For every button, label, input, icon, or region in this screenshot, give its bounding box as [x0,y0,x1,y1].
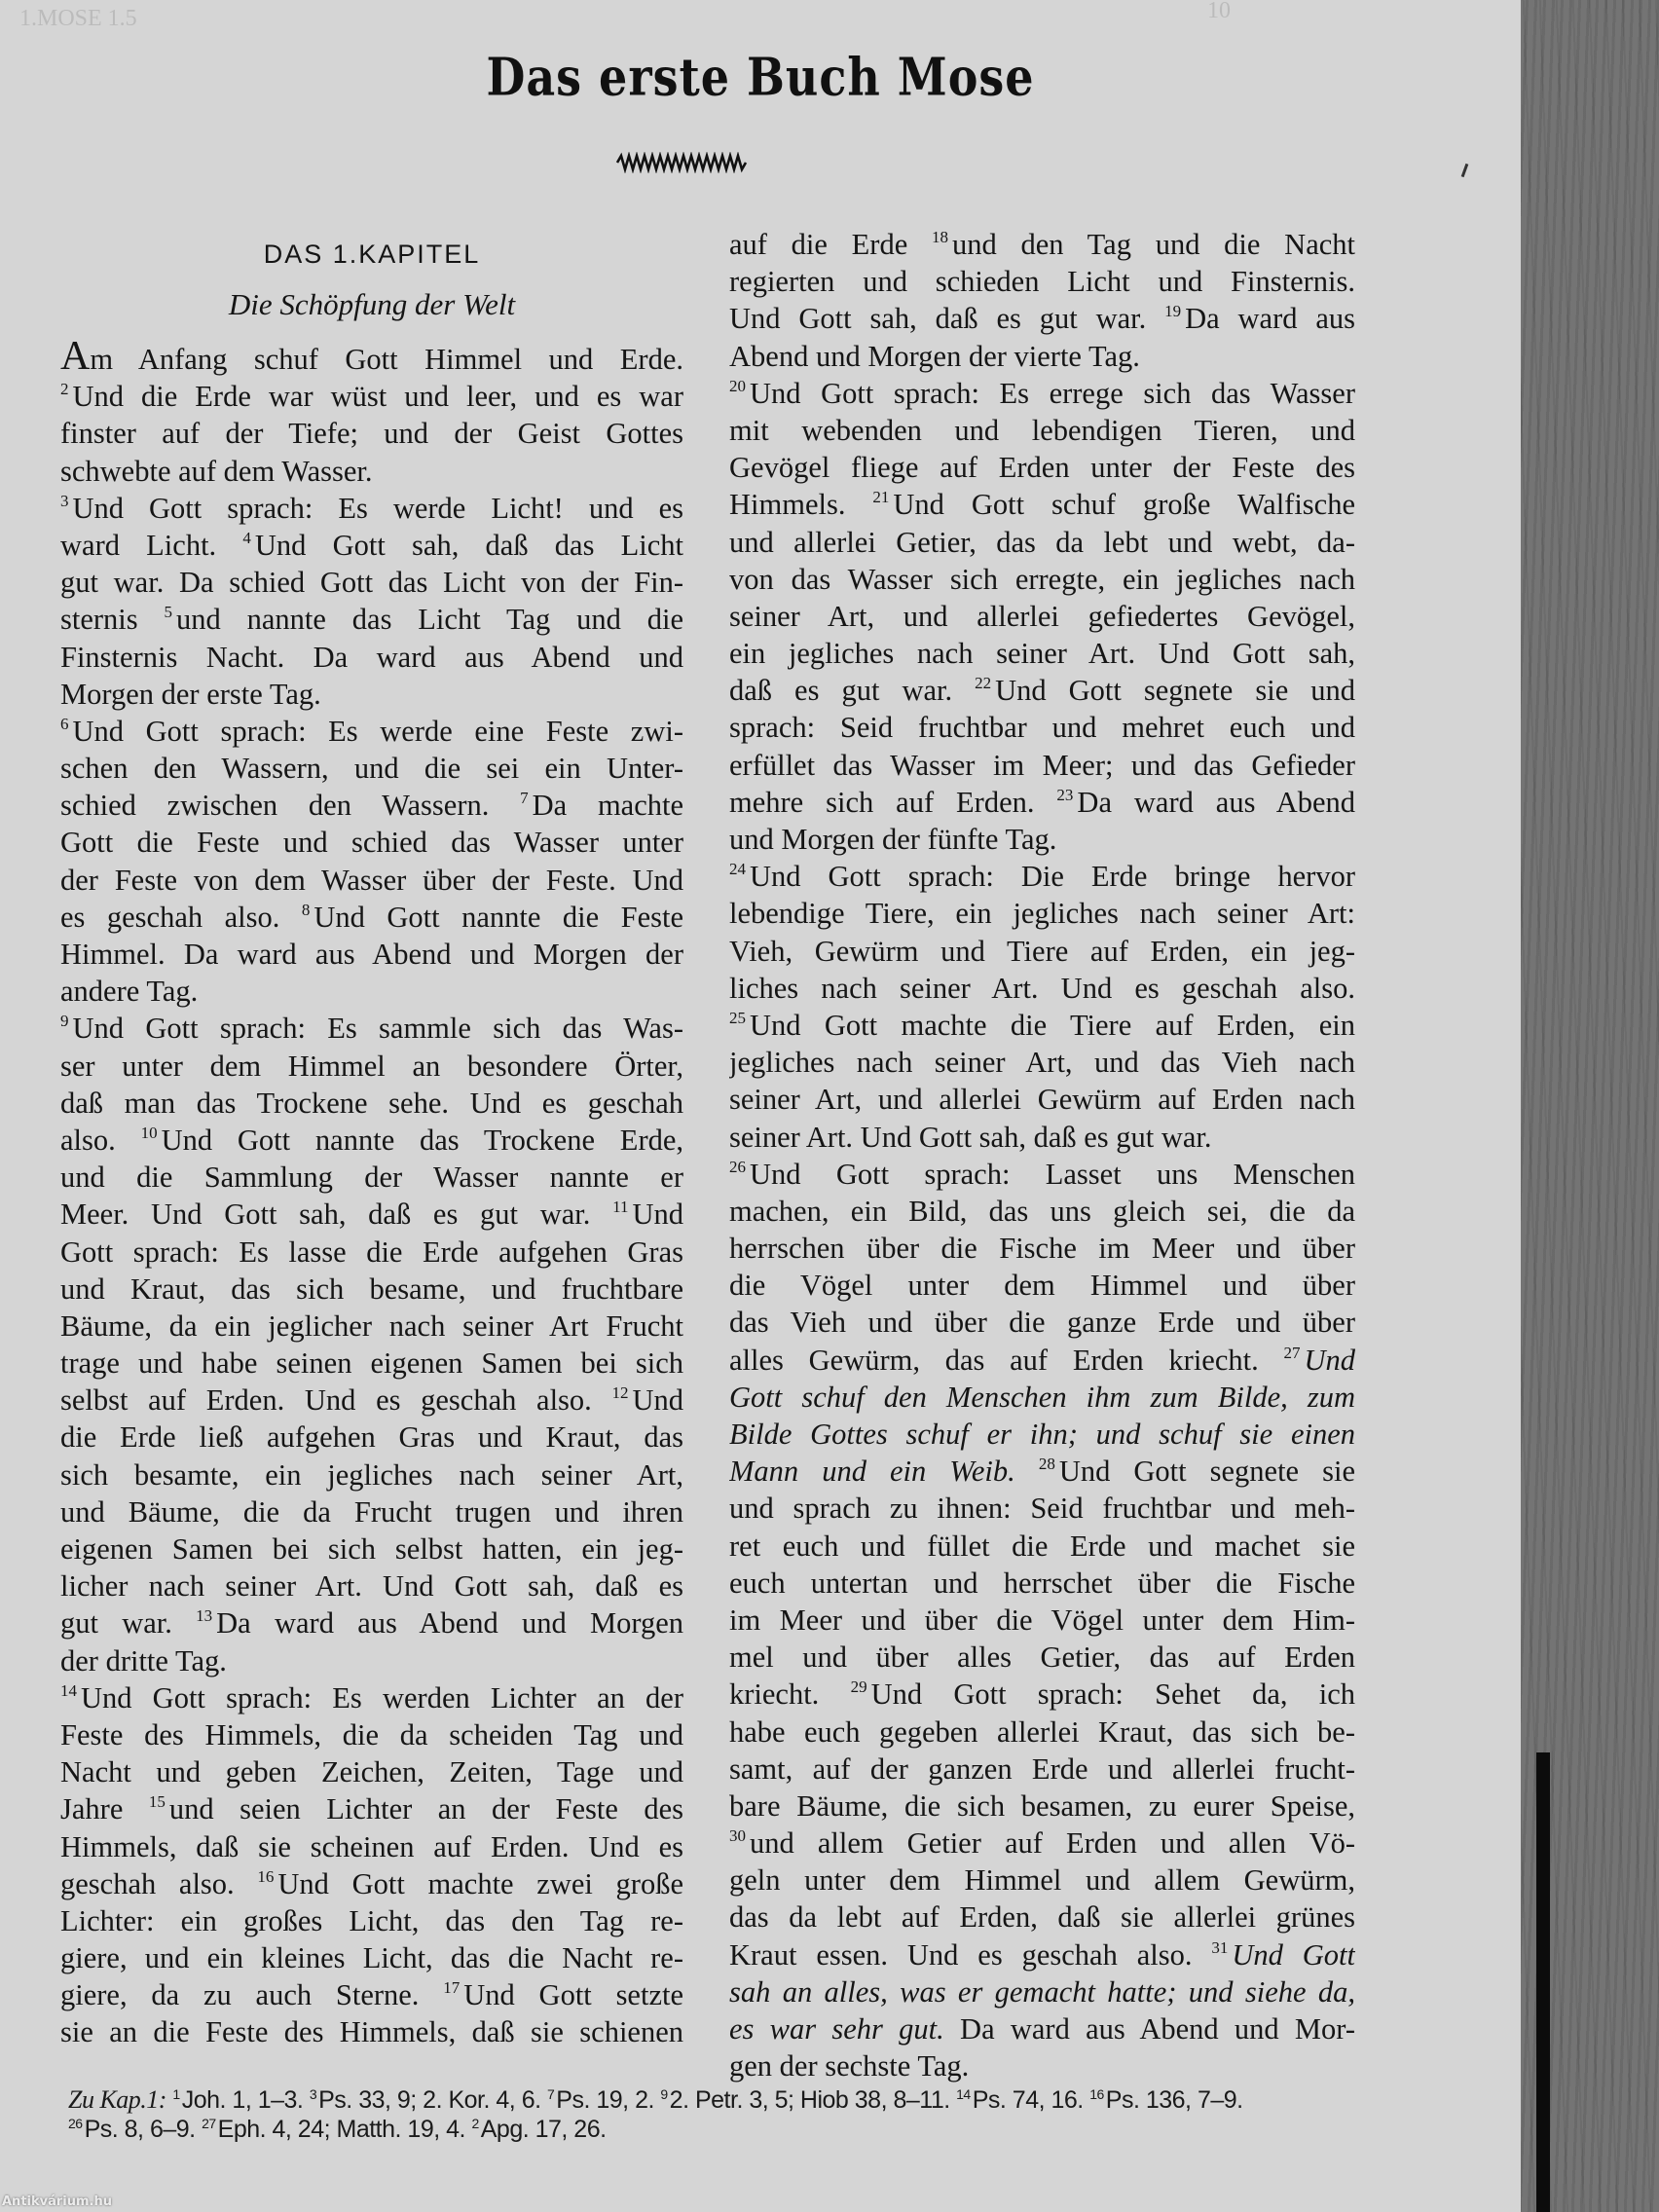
verse-text: Da ward aus Abend und Mor- [960,2012,1355,2046]
text-line: geschah also. 16Und Gott machte zwei gro… [60,1865,683,1902]
verse-text: Und Gott sprach: Sehet da, ich [871,1677,1355,1711]
verse-text: und die Sammlung der Wasser nannte er [60,1161,683,1194]
text-line: gut war. Da schied Gott das Licht von de… [60,564,683,601]
verse-number: 25 [729,1009,746,1027]
text-line: und Kraut, das sich besame, und fruchtba… [60,1271,683,1308]
text-line: sah an alles, was er gemacht hatte; und … [729,1973,1355,2010]
verse-text: sie an die Feste des Himmels, daß sie sc… [60,2015,683,2048]
verse-number: 6 [60,715,69,733]
text-line: mel und über alles Getier, das auf Erden [729,1639,1355,1676]
text-line: Morgen der erste Tag. [60,676,683,713]
text-line: Himmels, daß sie scheinen auf Erden. Und… [60,1828,683,1865]
verse-text: ein jegliches nach seiner Art. Und Gott … [729,637,1355,670]
verse-text: geln unter dem Himmel und allem Gewürm, [729,1863,1355,1897]
text-line: habe euch gegeben allerlei Kraut, das si… [729,1714,1355,1751]
verse-number: 14 [60,1681,77,1700]
verse-text: Da ward aus Abend [1077,786,1355,819]
text-line: selbst auf Erden. Und es geschah also. 1… [60,1382,683,1419]
text-line: ein jegliches nach seiner Art. Und Gott … [729,635,1355,672]
verse-text: Mann und ein Weib. [729,1455,1015,1488]
page-edge-shadow [1536,1752,1550,2212]
verse-number: 27 [1283,1344,1300,1362]
verse-text: daß man das Trockene sehe. Und es gescha… [60,1087,683,1120]
text-line: die Erde ließ aufgehen Gras und Kraut, d… [60,1419,683,1456]
text-line: schwebte auf dem Wasser. [60,453,683,490]
text-line: Feste des Himmels, die da scheiden Tag u… [60,1716,683,1753]
verse-text: und allerlei Getier, das da lebt und web… [729,526,1355,559]
book-title: Das erste Buch Mose [0,47,1521,107]
text-line: Himmels. 21Und Gott schuf große Walfisch… [729,486,1355,523]
verse-number: 5 [165,603,173,621]
verse-text: licher nach seiner Art. Und Gott sah, da… [60,1569,683,1603]
verse-number: 11 [612,1198,628,1216]
text-line: Meer. Und Gott sah, daß es gut war. 11Un… [60,1196,683,1233]
text-line: Und Gott sah, daß es gut war. 19Da ward … [729,300,1355,337]
text-line: und Bäume, die da Frucht trugen und ihre… [60,1493,683,1530]
verse-text: trage und habe seinen eigenen Samen bei … [60,1346,683,1380]
verse-text: seiner Art, und allerlei gefiedertes Gev… [729,600,1355,633]
text-line: das Vieh und über die ganze Erde und übe… [729,1304,1355,1341]
verse-number: 9 [60,1012,69,1030]
verse-text: Himmel. Da ward aus Abend und Morgen der [60,938,683,971]
text-line: lebendige Tiere, ein jegliches nach sein… [729,895,1355,932]
verse-text: Und Gott sah, daß das Licht [255,529,683,562]
verse-text: die Erde ließ aufgehen Gras und Kraut, d… [60,1420,683,1454]
text-line: Lichter: ein großes Licht, das den Tag r… [60,1902,683,1939]
footnote-verse-number: 9 [660,2086,667,2102]
verse-text: Und Gott [1232,1938,1355,1972]
verse-text: und Kraut, das sich besame, und fruchtba… [60,1272,683,1306]
verse-text: von das Wasser sich erregte, ein jeglich… [729,563,1355,596]
text-line: ser unter dem Himmel an besondere Örter, [60,1048,683,1085]
verse-text: gut war. [60,1606,172,1640]
verse-text: Morgen der erste Tag. [60,678,321,711]
text-line: ret euch und füllet die Erde und machet … [729,1528,1355,1565]
paper-speck [1461,164,1469,177]
verse-text: Kraut essen. Und es geschah also. [729,1938,1192,1972]
ornament-squiggle-icon [615,152,748,173]
verse-text: und nannte das Licht Tag und die [176,603,683,636]
text-line: Finsternis Nacht. Da ward aus Abend und [60,639,683,676]
verse-text: Abend und Morgen der vierte Tag. [729,340,1140,373]
footnote-verse-number: 26 [68,2116,83,2131]
verse-text: Und Gott schuf große Walfische [893,488,1355,521]
chapter-heading: DAS 1.KAPITEL [60,236,683,273]
verse-text: jegliches nach seiner Art, und das Vieh … [729,1046,1355,1079]
verse-text: der dritte Tag. [60,1644,227,1677]
text-line: schen den Wassern, und die sei ein Unter… [60,750,683,787]
bleed-running-head-left: 1.MOSE 1.5 [19,6,137,32]
watermark: Antikvárium.hu [2,2194,112,2209]
text-line: Gevögel fliege auf Erden unter der Feste… [729,449,1355,486]
verse-text: Und Gott sprach: Die Erde bringe hervor [750,860,1355,893]
footnote-verse-number: 16 [1089,2086,1104,2102]
verse-text: Bäume, da ein jeglicher nach seiner Art … [60,1309,683,1343]
text-line: seiner Art, und allerlei Gewürm auf Erde… [729,1081,1355,1118]
text-line: Vieh, Gewürm und Tiere auf Erden, ein je… [729,933,1355,970]
text-line: Abend und Morgen der vierte Tag. [729,338,1355,375]
verse-text: Meer. Und Gott sah, daß es gut war. [60,1198,590,1231]
footnote-reference: Ps. 8, 6–9. [85,2116,196,2143]
verse-text: das da lebt auf Erden, daß sie allerlei … [729,1900,1355,1934]
footnote-reference: Ps. 33, 9; 2. Kor. 4, 6. [318,2086,540,2114]
verse-number: 23 [1056,786,1073,804]
text-line: auf die Erde 18und den Tag und die Nacht [729,226,1355,263]
verse-text: seiner Art, und allerlei Gewürm auf Erde… [729,1083,1355,1116]
verse-text: liches nach seiner Art. Und es geschah a… [729,972,1355,1005]
verse-text: also. [60,1124,116,1157]
verse-text: Da machte [533,789,683,822]
text-line: der dritte Tag. [60,1642,683,1679]
verse-number: 31 [1211,1938,1228,1957]
verse-text: ret euch und füllet die Erde und machet … [729,1530,1355,1563]
verse-number: 28 [1039,1455,1055,1473]
verse-text: Und Gott setzte [463,1978,683,2011]
text-line: schied zwischen den Wassern. 7Da machte [60,787,683,824]
text-line: licher nach seiner Art. Und Gott sah, da… [60,1567,683,1604]
verse-text: Gott die Feste und schied das Wasser unt… [60,826,683,859]
verse-text: Bilde Gottes schuf er ihn; und schuf sie… [729,1418,1355,1451]
text-line: giere, da zu auch Sterne. 17Und Gott set… [60,1976,683,2013]
verse-number: 22 [975,674,991,692]
verse-text: Nacht und geben Zeichen, Zeiten, Tage un… [60,1755,683,1788]
chapter-subtitle: Die Schöpfung der Welt [60,286,683,339]
verse-number: 17 [443,1978,460,1997]
text-line: die Vögel unter dem Himmel und über [729,1267,1355,1304]
verse-number: 10 [141,1124,158,1142]
verse-text: und sprach zu ihnen: Seid fruchtbar und … [729,1492,1355,1525]
verse-text: und den Tag und die Nacht [952,228,1355,261]
verse-text: Gott sprach: Es lasse die Erde aufgehen … [60,1235,683,1269]
footnote-verse-number: 7 [547,2086,554,2102]
drop-cap: A [60,341,90,378]
text-line: mehre sich auf Erden. 23Da ward aus Aben… [729,784,1355,821]
verse-text: Und die Erde war wüst und leer, und es w… [73,380,684,413]
text-line: daß es gut war. 22Und Gott segnete sie u… [729,672,1355,709]
footnote-reference: Ps. 19, 2. [556,2086,654,2114]
text-line: bare Bäume, die sich besamen, zu eurer S… [729,1788,1355,1825]
verse-number: 15 [149,1792,166,1811]
verse-text: ser unter dem Himmel an besondere Örter, [60,1050,683,1083]
verse-text: Da ward aus Abend und Morgen [216,1606,683,1640]
verse-text: Und [1304,1344,1355,1377]
text-line: und Morgen der fünfte Tag. [729,821,1355,858]
verse-text: im Meer und über die Vögel unter dem Him… [729,1604,1355,1637]
verse-text: Und Gott segnete sie und [995,674,1355,707]
verse-text: mehre sich auf Erden. [729,786,1035,819]
text-line: 3Und Gott sprach: Es werde Licht! und es [60,490,683,527]
verse-text: mel und über alles Getier, das auf Erden [729,1641,1355,1674]
footnote-label: Zu Kap.1: [68,2085,166,2114]
verse-text: Finsternis Nacht. Da ward aus Abend und [60,641,683,674]
text-line: und allerlei Getier, das da lebt und web… [729,524,1355,561]
verse-text: herrschen über die Fische im Meer und üb… [729,1232,1355,1265]
text-line: sie an die Feste des Himmels, daß sie sc… [60,2013,683,2050]
text-line: Mann und ein Weib. 28Und Gott segnete si… [729,1453,1355,1490]
verse-text: Jahre [60,1792,123,1825]
footnote-verse-number: 27 [202,2116,216,2131]
verse-text: Himmels, daß sie scheinen auf Erden. Und… [60,1830,683,1863]
footnotes: Zu Kap.1: 1Joh. 1, 1–3. 3Ps. 33, 9; 2. K… [68,2085,1363,2144]
text-line: 24Und Gott sprach: Die Erde bringe hervo… [729,858,1355,895]
verse-text: Und Gott sprach: Es werden Lichter an de… [81,1681,683,1714]
verse-text: und Bäume, die da Frucht trugen und ihre… [60,1495,683,1529]
text-line: das da lebt auf Erden, daß sie allerlei … [729,1899,1355,1935]
verse-number: 21 [872,488,889,506]
verse-text: auf die Erde [729,228,907,261]
verse-text: Lichter: ein großes Licht, das den Tag r… [60,1904,683,1937]
text-line: von das Wasser sich erregte, ein jeglich… [729,561,1355,598]
verse-text: kriecht. [729,1677,819,1711]
text-line: daß man das Trockene sehe. Und es gescha… [60,1085,683,1122]
left-column: DAS 1.KAPITEL Die Schöpfung der Welt Am … [60,230,683,2051]
text-line: liches nach seiner Art. Und es geschah a… [729,970,1355,1007]
text-line: finster auf der Tiefe; und der Geist Got… [60,415,683,452]
text-line: alles Gewürm, das auf Erden kriecht. 27U… [729,1342,1355,1379]
verse-number: 3 [60,492,69,510]
footnote-reference: Ps. 74, 16. [973,2086,1084,2114]
text-line: und die Sammlung der Wasser nannte er [60,1159,683,1196]
text-line: im Meer und über die Vögel unter dem Him… [729,1602,1355,1639]
verse-text: Himmels. [729,488,845,521]
verse-text: alles Gewürm, das auf Erden kriecht. [729,1344,1259,1377]
verse-text: m Anfang schuf Gott Himmel und Erde. [90,343,683,376]
verse-number: 13 [196,1606,212,1625]
verse-text: und allem Getier auf Erden und allen Vö- [750,1826,1355,1860]
text-line: Jahre 15und seien Lichter an der Feste d… [60,1790,683,1827]
verse-text: seiner Art. Und Gott sah, daß es gut war… [729,1121,1212,1154]
verse-text: die Vögel unter dem Himmel und über [729,1269,1355,1302]
text-line: euch untertan und herrschet über die Fis… [729,1565,1355,1602]
verse-text: regierten und schieden Licht und Finster… [729,265,1355,298]
verse-text: sich besamte, ein jegliches nach seiner … [60,1458,683,1492]
text-line: 20Und Gott sprach: Es errege sich das Wa… [729,375,1355,412]
right-column: auf die Erde 18und den Tag und die Nacht… [729,226,1355,2084]
verse-text: Und Gott sprach: Es werde Licht! und es [73,492,684,525]
verse-text: schwebte auf dem Wasser. [60,455,373,488]
verse-text: Und Gott sprach: Es sammle sich das Was- [73,1012,684,1045]
verse-text: Und Gott nannte die Feste [313,901,683,934]
left-column-text: Am Anfang schuf Gott Himmel und Erde.2Un… [60,341,683,2051]
verse-text: habe euch gegeben allerlei Kraut, das si… [729,1715,1355,1749]
text-line: Am Anfang schuf Gott Himmel und Erde. [60,341,683,378]
verse-text: selbst auf Erden. Und es geschah also. [60,1383,592,1417]
footnote-line-1: Zu Kap.1: 1Joh. 1, 1–3. 3Ps. 33, 9; 2. K… [68,2085,1363,2115]
text-line: sternis 5und nannte das Licht Tag und di… [60,601,683,638]
verse-text: der Feste von dem Wasser über der Feste.… [60,864,683,897]
text-line: 2Und die Erde war wüst und leer, und es … [60,378,683,415]
verse-text: geschah also. [60,1867,235,1900]
verse-text: mit webenden und lebendigen Tieren, und [729,414,1355,447]
text-line: Gott sprach: Es lasse die Erde aufgehen … [60,1234,683,1271]
text-line: ward Licht. 4Und Gott sah, daß das Licht [60,527,683,564]
text-line: Bäume, da ein jeglicher nach seiner Art … [60,1308,683,1345]
text-line: 6Und Gott sprach: Es werde eine Feste zw… [60,713,683,750]
verse-number: 4 [242,529,251,547]
verse-number: 2 [60,380,69,398]
text-line: eigenen Samen bei sich selbst hatten, ei… [60,1530,683,1567]
verse-text: Und Gott machte zwei große [277,1867,683,1900]
verse-number: 26 [729,1158,746,1176]
text-line: sprach: Seid fruchtbar und mehret euch u… [729,709,1355,746]
text-line: 30und allem Getier auf Erden und allen V… [729,1825,1355,1862]
verse-text: machen, ein Bild, das uns gleich sei, di… [729,1195,1355,1228]
footnote-verse-number: 1 [172,2086,179,2102]
verse-text: schied zwischen den Wassern. [60,789,489,822]
verse-number: 29 [851,1677,867,1696]
book-page: 1.MOSE 1.5 10 Das erste Buch Mose DAS 1.… [0,0,1521,2212]
bleed-page-number: 10 [1207,0,1231,24]
verse-text: daß es gut war. [729,674,952,707]
verse-text: das Vieh und über die ganze Erde und übe… [729,1306,1355,1339]
text-line: 9Und Gott sprach: Es sammle sich das Was… [60,1010,683,1047]
verse-number: 8 [302,901,311,919]
verse-text: samt, auf der ganzen Erde und allerlei f… [729,1752,1355,1786]
text-line: gut war. 13Da ward aus Abend und Morgen [60,1604,683,1641]
verse-number: 19 [1164,302,1181,320]
verse-number: 12 [611,1383,628,1402]
text-line: seiner Art, und allerlei gefiedertes Gev… [729,598,1355,635]
verse-text: sprach: Seid fruchtbar und mehret euch u… [729,711,1355,744]
text-line: jegliches nach seiner Art, und das Vieh … [729,1044,1355,1081]
text-line: es war sehr gut. Da ward aus Abend und M… [729,2010,1355,2047]
text-line: Nacht und geben Zeichen, Zeiten, Tage un… [60,1753,683,1790]
verse-text: finster auf der Tiefe; und der Geist Got… [60,417,683,450]
verse-text: es geschah also. [60,901,279,934]
text-line: machen, ein Bild, das uns gleich sei, di… [729,1193,1355,1230]
verse-number: 7 [520,789,529,807]
verse-text: Und [632,1198,683,1231]
verse-text: Und Gott sprach: Es werde eine Feste zwi… [73,715,684,748]
verse-text: lebendige Tiere, ein jegliches nach sein… [729,897,1355,930]
text-line: Bilde Gottes schuf er ihn; und schuf sie… [729,1416,1355,1453]
text-line: trage und habe seinen eigenen Samen bei … [60,1345,683,1382]
verse-text: Und Gott nannte das Trockene Erde, [162,1124,683,1157]
verse-text: euch untertan und herrschet über die Fis… [729,1567,1355,1600]
verse-text: Und Gott sah, daß es gut war. [729,302,1146,335]
verse-text: giere, da zu auch Sterne. [60,1978,419,2011]
footnote-verse-number: 2 [471,2116,478,2131]
verse-number: 30 [729,1826,746,1845]
verse-number: 16 [257,1867,274,1886]
text-line: regierten und schieden Licht und Finster… [729,263,1355,300]
verse-text: es war sehr gut. [729,2012,944,2046]
verse-text: Und Gott machte die Tiere auf Erden, ein [750,1009,1355,1042]
text-line: samt, auf der ganzen Erde und allerlei f… [729,1751,1355,1788]
verse-text: giere, und ein kleines Licht, das die Na… [60,1941,683,1974]
verse-text: Vieh, Gewürm und Tiere auf Erden, ein je… [729,935,1355,968]
verse-text: Und [632,1383,683,1417]
verse-number: 24 [729,860,746,878]
verse-text: Gevögel fliege auf Erden unter der Feste… [729,451,1355,484]
verse-text: sah an alles, was er gemacht hatte; und … [729,1975,1355,2009]
footnote-reference: Ps. 136, 7–9. [1106,2086,1243,2114]
verse-text: Und Gott sprach: Lasset uns Menschen [750,1158,1355,1191]
verse-number: 18 [932,228,948,246]
verse-text: sternis [60,603,138,636]
text-line: 26Und Gott sprach: Lasset uns Menschen [729,1156,1355,1193]
text-line: Gott schuf den Menschen ihm zum Bilde, z… [729,1379,1355,1416]
verse-text: andere Tag. [60,975,198,1008]
text-line: Himmel. Da ward aus Abend und Morgen der [60,936,683,973]
text-line: und sprach zu ihnen: Seid fruchtbar und … [729,1490,1355,1527]
text-line: giere, und ein kleines Licht, das die Na… [60,1939,683,1976]
footnote-verse-number: 14 [956,2086,971,2102]
text-line: 14Und Gott sprach: Es werden Lichter an … [60,1679,683,1716]
text-line: herrschen über die Fische im Meer und üb… [729,1230,1355,1267]
text-line: sich besamte, ein jegliches nach seiner … [60,1456,683,1493]
verse-text: gut war. Da schied Gott das Licht von de… [60,566,683,599]
footnote-reference: Joh. 1, 1–3. [182,2086,304,2114]
verse-text: und Morgen der fünfte Tag. [729,823,1056,856]
footnote-reference: Eph. 4, 24; Matth. 19, 4. [218,2116,465,2143]
verse-text: Da ward aus [1185,302,1355,335]
verse-text: Gott schuf den Menschen ihm zum Bilde, z… [729,1381,1355,1414]
text-line: andere Tag. [60,973,683,1010]
footnote-verse-number: 3 [310,2086,316,2102]
text-line: kriecht. 29Und Gott sprach: Sehet da, ic… [729,1676,1355,1713]
footnote-line-2: 26Ps. 8, 6–9. 27Eph. 4, 24; Matth. 19, 4… [68,2115,1363,2144]
text-line: es geschah also. 8Und Gott nannte die Fe… [60,899,683,936]
footnote-reference: Apg. 17, 26. [481,2116,607,2143]
text-line: also. 10Und Gott nannte das Trockene Erd… [60,1122,683,1159]
verse-text: schen den Wassern, und die sei ein Unter… [60,752,683,785]
verse-text: und seien Lichter an der Feste des [169,1792,683,1825]
text-line: gen der sechste Tag. [729,2047,1355,2084]
verse-text: bare Bäume, die sich besamen, zu eurer S… [729,1789,1355,1823]
verse-text: Und Gott sprach: Es errege sich das Wass… [750,377,1355,410]
verse-text: Feste des Himmels, die da scheiden Tag u… [60,1718,683,1751]
verse-text: Und Gott segnete sie [1059,1455,1355,1488]
text-line: seiner Art. Und Gott sah, daß es gut war… [729,1119,1355,1156]
verse-number: 20 [729,377,746,395]
verse-text: gen der sechste Tag. [729,2049,969,2083]
text-line: 25Und Gott machte die Tiere auf Erden, e… [729,1007,1355,1044]
text-line: Kraut essen. Und es geschah also. 31Und … [729,1936,1355,1973]
verse-text: ward Licht. [60,529,216,562]
text-line: erfüllet das Wasser im Meer; und das Gef… [729,747,1355,784]
text-line: Gott die Feste und schied das Wasser unt… [60,824,683,861]
footnote-reference: 2. Petr. 3, 5; Hiob 38, 8–11. [670,2086,950,2114]
verse-text: erfüllet das Wasser im Meer; und das Gef… [729,749,1355,782]
text-line: geln unter dem Himmel und allem Gewürm, [729,1862,1355,1899]
text-line: mit webenden und lebendigen Tieren, und [729,412,1355,449]
right-column-text: auf die Erde 18und den Tag und die Nacht… [729,226,1355,2084]
verse-text: eigenen Samen bei sich selbst hatten, ei… [60,1532,683,1566]
text-line: der Feste von dem Wasser über der Feste.… [60,862,683,899]
